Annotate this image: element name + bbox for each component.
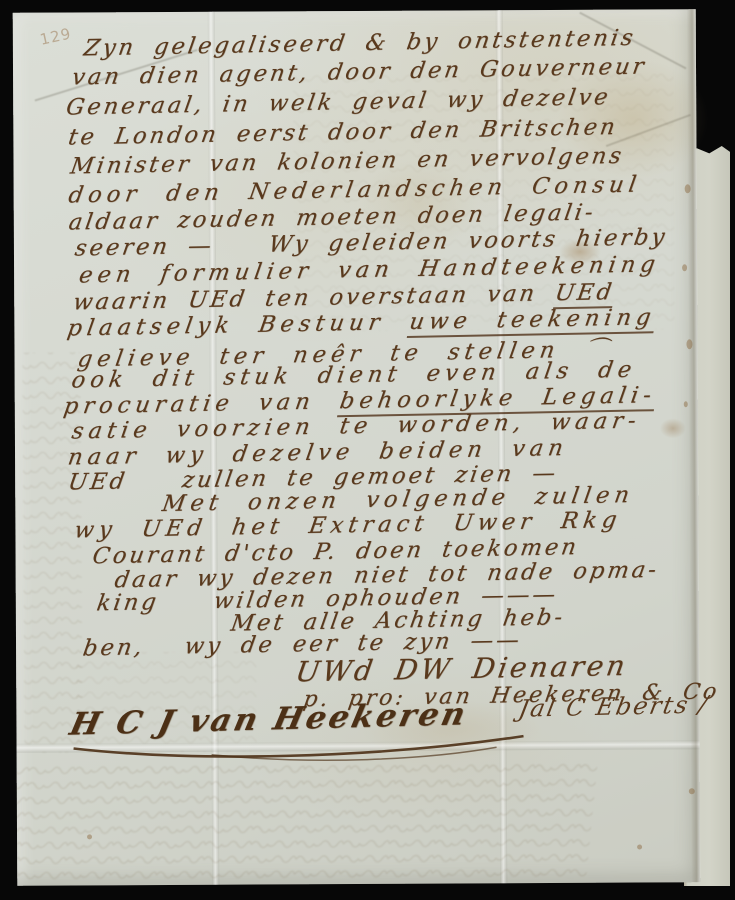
stain [660, 418, 686, 438]
pencil-archive-number: 129 [38, 24, 73, 48]
foxing-spot [686, 339, 692, 349]
foxing-spot [87, 834, 92, 839]
signature-countersign: Jal C Eberts / [516, 690, 711, 722]
foxing-spot [637, 845, 642, 850]
foxing-spot [682, 264, 687, 271]
foxing-spot [684, 401, 688, 407]
signature-van-heekeren: H C J van Heekeren [66, 696, 471, 742]
foxing-spot [685, 184, 691, 193]
foxing-spot [689, 788, 695, 794]
horizontal-fold [17, 740, 700, 753]
scanned-letter-photo: { "scan": { "pencil_note": "129", "ink_c… [0, 0, 735, 900]
letter-sheet: 129 Zyn gelegaliseerd & by ontstentenis … [13, 9, 701, 886]
